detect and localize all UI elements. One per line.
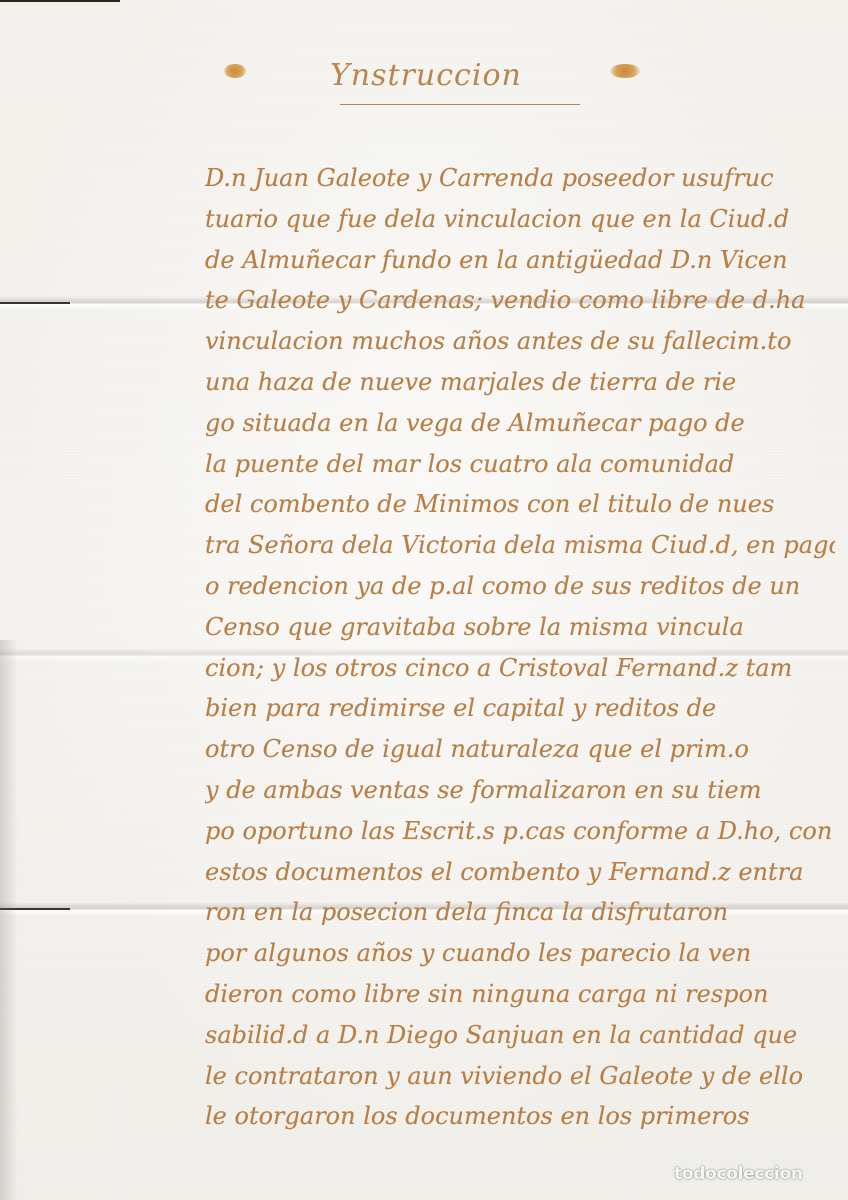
title-underline <box>340 104 580 105</box>
ink-stain <box>610 64 640 78</box>
text-line: del combento de Minimos con el titulo de… <box>205 484 835 525</box>
text-line: y de ambas ventas se formalizaron en su … <box>205 770 835 811</box>
text-line: vinculacion muchos años antes de su fall… <box>205 321 835 362</box>
text-line: dieron como libre sin ninguna carga ni r… <box>205 974 835 1015</box>
page-edge-shadow <box>0 640 18 1200</box>
manuscript-body: D.n Juan Galeote y Carrenda poseedor usu… <box>205 158 835 1137</box>
page-edge <box>0 0 120 2</box>
text-line: por algunos años y cuando les parecio la… <box>205 933 835 974</box>
text-line: te Galeote y Cardenas; vendio como libre… <box>205 280 835 321</box>
text-line: le otorgaron los documentos en los prime… <box>205 1096 835 1137</box>
text-line: una haza de nueve marjales de tierra de … <box>205 362 835 403</box>
text-line: bien para redimirse el capital y reditos… <box>205 688 835 729</box>
text-line: D.n Juan Galeote y Carrenda poseedor usu… <box>205 158 835 199</box>
text-line: ron en la posecion dela finca la disfrut… <box>205 892 835 933</box>
manuscript-page: Ynstruccion D.n Juan Galeote y Carrenda … <box>0 0 848 1200</box>
fold-edge-shadow <box>0 302 70 304</box>
text-line: po oportuno las Escrit.s p.cas conforme … <box>205 811 835 852</box>
watermark-logo: todocoleccion <box>674 1164 803 1184</box>
text-line: le contrataron y aun viviendo el Galeote… <box>205 1056 835 1097</box>
text-line: tra Señora dela Victoria dela misma Ciud… <box>205 525 835 566</box>
text-line: cion; y los otros cinco a Cristoval Fern… <box>205 648 835 689</box>
text-line: Censo que gravitaba sobre la misma vincu… <box>205 607 835 648</box>
text-line: otro Censo de igual naturaleza que el pr… <box>205 729 835 770</box>
text-line: estos documentos el combento y Fernand.z… <box>205 852 835 893</box>
document-title: Ynstruccion <box>330 58 522 93</box>
text-line: sabilid.d a D.n Diego Sanjuan en la cant… <box>205 1015 835 1056</box>
text-line: go situada en la vega de Almuñecar pago … <box>205 403 835 444</box>
text-line: tuario que fue dela vinculacion que en l… <box>205 199 835 240</box>
text-line: la puente del mar los cuatro ala comunid… <box>205 444 835 485</box>
ink-stain <box>224 64 246 78</box>
text-line: o redencion ya de p.al como de sus redit… <box>205 566 835 607</box>
text-line: de Almuñecar fundo en la antigüedad D.n … <box>205 240 835 281</box>
